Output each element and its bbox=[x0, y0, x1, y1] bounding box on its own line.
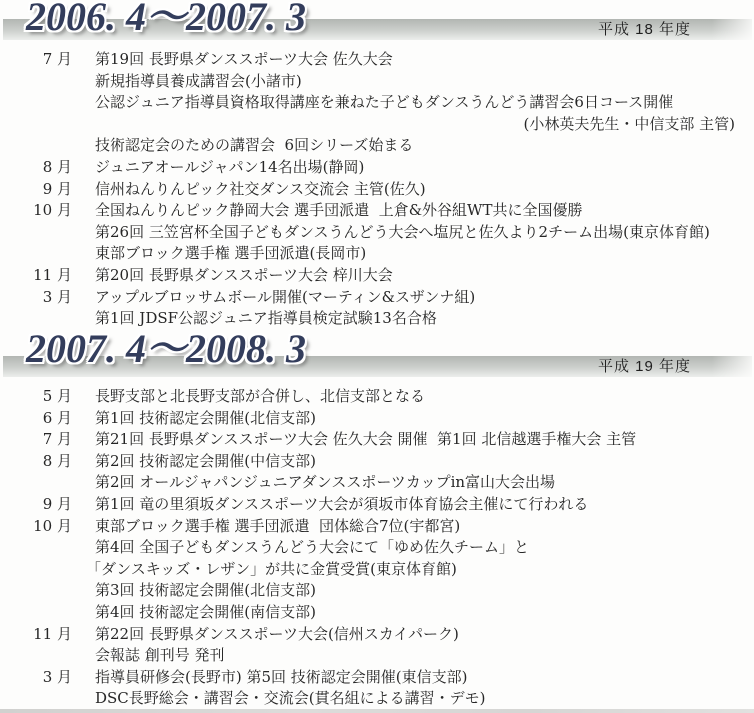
month-label: 3 月 bbox=[0, 287, 72, 309]
timeline-row: 8 月第2回 技術認定会開催(中信支部) bbox=[0, 451, 735, 473]
month-label bbox=[0, 472, 72, 494]
timeline-row: 第26回 三笠宮杯全国子どもダンスうんどう大会へ塩尻と佐久より2チーム出場(東京… bbox=[0, 222, 735, 244]
timeline-row: 第3回 技術認定会開催(北信支部) bbox=[0, 580, 735, 602]
month-label bbox=[0, 580, 72, 602]
month-label bbox=[0, 92, 72, 114]
timeline-row: 9 月信州ねんりんピック社交ダンス交流会 主管(佐久) bbox=[0, 179, 735, 201]
month-label bbox=[0, 71, 72, 93]
timeline-row: 6 月第1回 技術認定会開催(北信支部) bbox=[0, 408, 735, 430]
entry-text: 技術認定会のための講習会 6回シリーズ始まる bbox=[95, 135, 735, 157]
entry-text: 第2回 オールジャパンジュニアダンススポーツカップin富山大会出場 bbox=[95, 472, 735, 494]
scan-artifact-bar bbox=[0, 709, 754, 713]
month-label bbox=[0, 114, 72, 136]
entry-text: 会報誌 創刊号 発刊 bbox=[95, 645, 735, 667]
section-period-title: 2006. 4〜2007. 3 bbox=[26, 0, 306, 37]
entry-text: 東部ブロック選手権 選手団派遣 団体総合7位(宇都宮) bbox=[95, 516, 735, 538]
month-label: 8 月 bbox=[0, 451, 72, 473]
timeline-row: 会報誌 創刊号 発刊 bbox=[0, 645, 735, 667]
month-label: 10 月 bbox=[0, 200, 72, 222]
month-label: 11 月 bbox=[0, 624, 72, 646]
timeline-row: 3 月指導員研修会(長野市) 第5回 技術認定会開催(東信支部) bbox=[0, 667, 735, 689]
timeline-row: 7 月第19回 長野県ダンススポーツ大会 佐久大会 bbox=[0, 49, 735, 71]
timeline-row: 11 月第20回 長野県ダンススポーツ大会 梓川大会 bbox=[0, 265, 735, 287]
entry-text: 東部ブロック選手権 選手団派遣(長岡市) bbox=[95, 243, 735, 265]
month-label bbox=[0, 135, 72, 157]
entry-text: 「ダンスキッズ・レザン」が共に金賞受賞(東京体育館) bbox=[86, 559, 735, 581]
era-label: 平成 18 年度 bbox=[598, 21, 691, 39]
timeline-row: 5 月長野支部と北長野支部が合併し、北信支部となる bbox=[0, 386, 735, 408]
timeline-row: 「ダンスキッズ・レザン」が共に金賞受賞(東京体育館) bbox=[0, 559, 735, 581]
month-label bbox=[0, 645, 72, 667]
entry-text: DSC長野総会・講習会・交流会(貫名組による講習・デモ) bbox=[95, 688, 735, 710]
entry-text: 第20回 長野県ダンススポーツ大会 梓川大会 bbox=[95, 265, 735, 287]
timeline-row: 10 月全国ねんりんピック静岡大会 選手団派遣 上倉&外谷組WT共に全国優勝 bbox=[0, 200, 735, 222]
entry-text: 第4回 全国子どもダンスうんどう大会にて「ゆめ佐久チーム」と bbox=[95, 537, 735, 559]
month-label bbox=[0, 559, 72, 581]
timeline-row: 新規指導員養成講習会(小諸市) bbox=[0, 71, 735, 93]
entry-text: 第21回 長野県ダンススポーツ大会 佐久大会 開催 第1回 北信越選手権大会 主… bbox=[95, 429, 735, 451]
entry-text: 第19回 長野県ダンススポーツ大会 佐久大会 bbox=[95, 49, 735, 71]
timeline-row: 東部ブロック選手権 選手団派遣(長岡市) bbox=[0, 243, 735, 265]
month-label: 7 月 bbox=[0, 49, 72, 71]
entry-text: 第1回 技術認定会開催(北信支部) bbox=[95, 408, 735, 430]
month-label: 8 月 bbox=[0, 157, 72, 179]
month-label bbox=[0, 222, 72, 244]
month-label: 3 月 bbox=[0, 667, 72, 689]
month-label bbox=[0, 688, 72, 710]
timeline-row: 技術認定会のための講習会 6回シリーズ始まる bbox=[0, 135, 735, 157]
entry-text: 指導員研修会(長野市) 第5回 技術認定会開催(東信支部) bbox=[95, 667, 735, 689]
timeline-row: 11 月第22回 長野県ダンススポーツ大会(信州スカイパーク) bbox=[0, 624, 735, 646]
entry-text: 信州ねんりんピック社交ダンス交流会 主管(佐久) bbox=[95, 179, 735, 201]
entry-text: 第3回 技術認定会開催(北信支部) bbox=[95, 580, 735, 602]
timeline-row: 第2回 オールジャパンジュニアダンススポーツカップin富山大会出場 bbox=[0, 472, 735, 494]
timeline-row: 第4回 技術認定会開催(南信支部) bbox=[0, 602, 735, 624]
timeline-section: 5 月長野支部と北長野支部が合併し、北信支部となる 6 月第1回 技術認定会開催… bbox=[0, 386, 735, 710]
timeline-row: 10 月東部ブロック選手権 選手団派遣 団体総合7位(宇都宮) bbox=[0, 516, 735, 538]
entry-text: ジュニアオールジャパン14名出場(静岡) bbox=[95, 157, 735, 179]
timeline-row: DSC長野総会・講習会・交流会(貫名組による講習・デモ) bbox=[0, 688, 735, 710]
month-label: 9 月 bbox=[0, 179, 72, 201]
entry-text: 全国ねんりんピック静岡大会 選手団派遣 上倉&外谷組WT共に全国優勝 bbox=[95, 200, 735, 222]
entry-text: 第26回 三笠宮杯全国子どもダンスうんどう大会へ塩尻と佐久より2チーム出場(東京… bbox=[95, 222, 735, 244]
history-page: 2006. 4〜2007. 3 平成 18 年度 7 月第19回 長野県ダンスス… bbox=[0, 0, 754, 713]
timeline-row: (小林英夫先生・中信支部 主管) bbox=[0, 114, 735, 136]
month-label: 9 月 bbox=[0, 494, 72, 516]
entry-text: 第22回 長野県ダンススポーツ大会(信州スカイパーク) bbox=[95, 624, 735, 646]
month-label bbox=[0, 602, 72, 624]
entry-text: 第4回 技術認定会開催(南信支部) bbox=[95, 602, 735, 624]
timeline-row: 公認ジュニア指導員資格取得講座を兼ねた子どもダンスうんどう講習会6日コース開催 bbox=[0, 92, 735, 114]
timeline-row: 3 月アップルブロッサムボール開催(マーティン&スザンナ組) bbox=[0, 287, 735, 309]
month-label: 11 月 bbox=[0, 265, 72, 287]
month-label bbox=[0, 243, 72, 265]
entry-text: 長野支部と北長野支部が合併し、北信支部となる bbox=[95, 386, 735, 408]
section-period-title: 2007. 4〜2008. 3 bbox=[26, 329, 306, 369]
month-label: 6 月 bbox=[0, 408, 72, 430]
timeline-row: 第4回 全国子どもダンスうんどう大会にて「ゆめ佐久チーム」と bbox=[0, 537, 735, 559]
month-label: 5 月 bbox=[0, 386, 72, 408]
entry-text: アップルブロッサムボール開催(マーティン&スザンナ組) bbox=[95, 287, 735, 309]
entry-text: (小林英夫先生・中信支部 主管) bbox=[95, 114, 735, 136]
entry-text: 第1回 竜の里須坂ダンススポーツ大会が須坂市体育協会主催にて行われる bbox=[95, 494, 735, 516]
month-label: 7 月 bbox=[0, 429, 72, 451]
entry-text: 公認ジュニア指導員資格取得講座を兼ねた子どもダンスうんどう講習会6日コース開催 bbox=[95, 92, 735, 114]
era-label: 平成 19 年度 bbox=[598, 358, 691, 376]
month-label bbox=[0, 537, 72, 559]
timeline-row: 9 月第1回 竜の里須坂ダンススポーツ大会が須坂市体育協会主催にて行われる bbox=[0, 494, 735, 516]
month-label: 10 月 bbox=[0, 516, 72, 538]
entry-text: 第2回 技術認定会開催(中信支部) bbox=[95, 451, 735, 473]
timeline-section: 7 月第19回 長野県ダンススポーツ大会 佐久大会 新規指導員養成講習会(小諸市… bbox=[0, 49, 735, 330]
entry-text: 新規指導員養成講習会(小諸市) bbox=[95, 71, 735, 93]
timeline-row: 7 月第21回 長野県ダンススポーツ大会 佐久大会 開催 第1回 北信越選手権大… bbox=[0, 429, 735, 451]
timeline-row: 8 月ジュニアオールジャパン14名出場(静岡) bbox=[0, 157, 735, 179]
